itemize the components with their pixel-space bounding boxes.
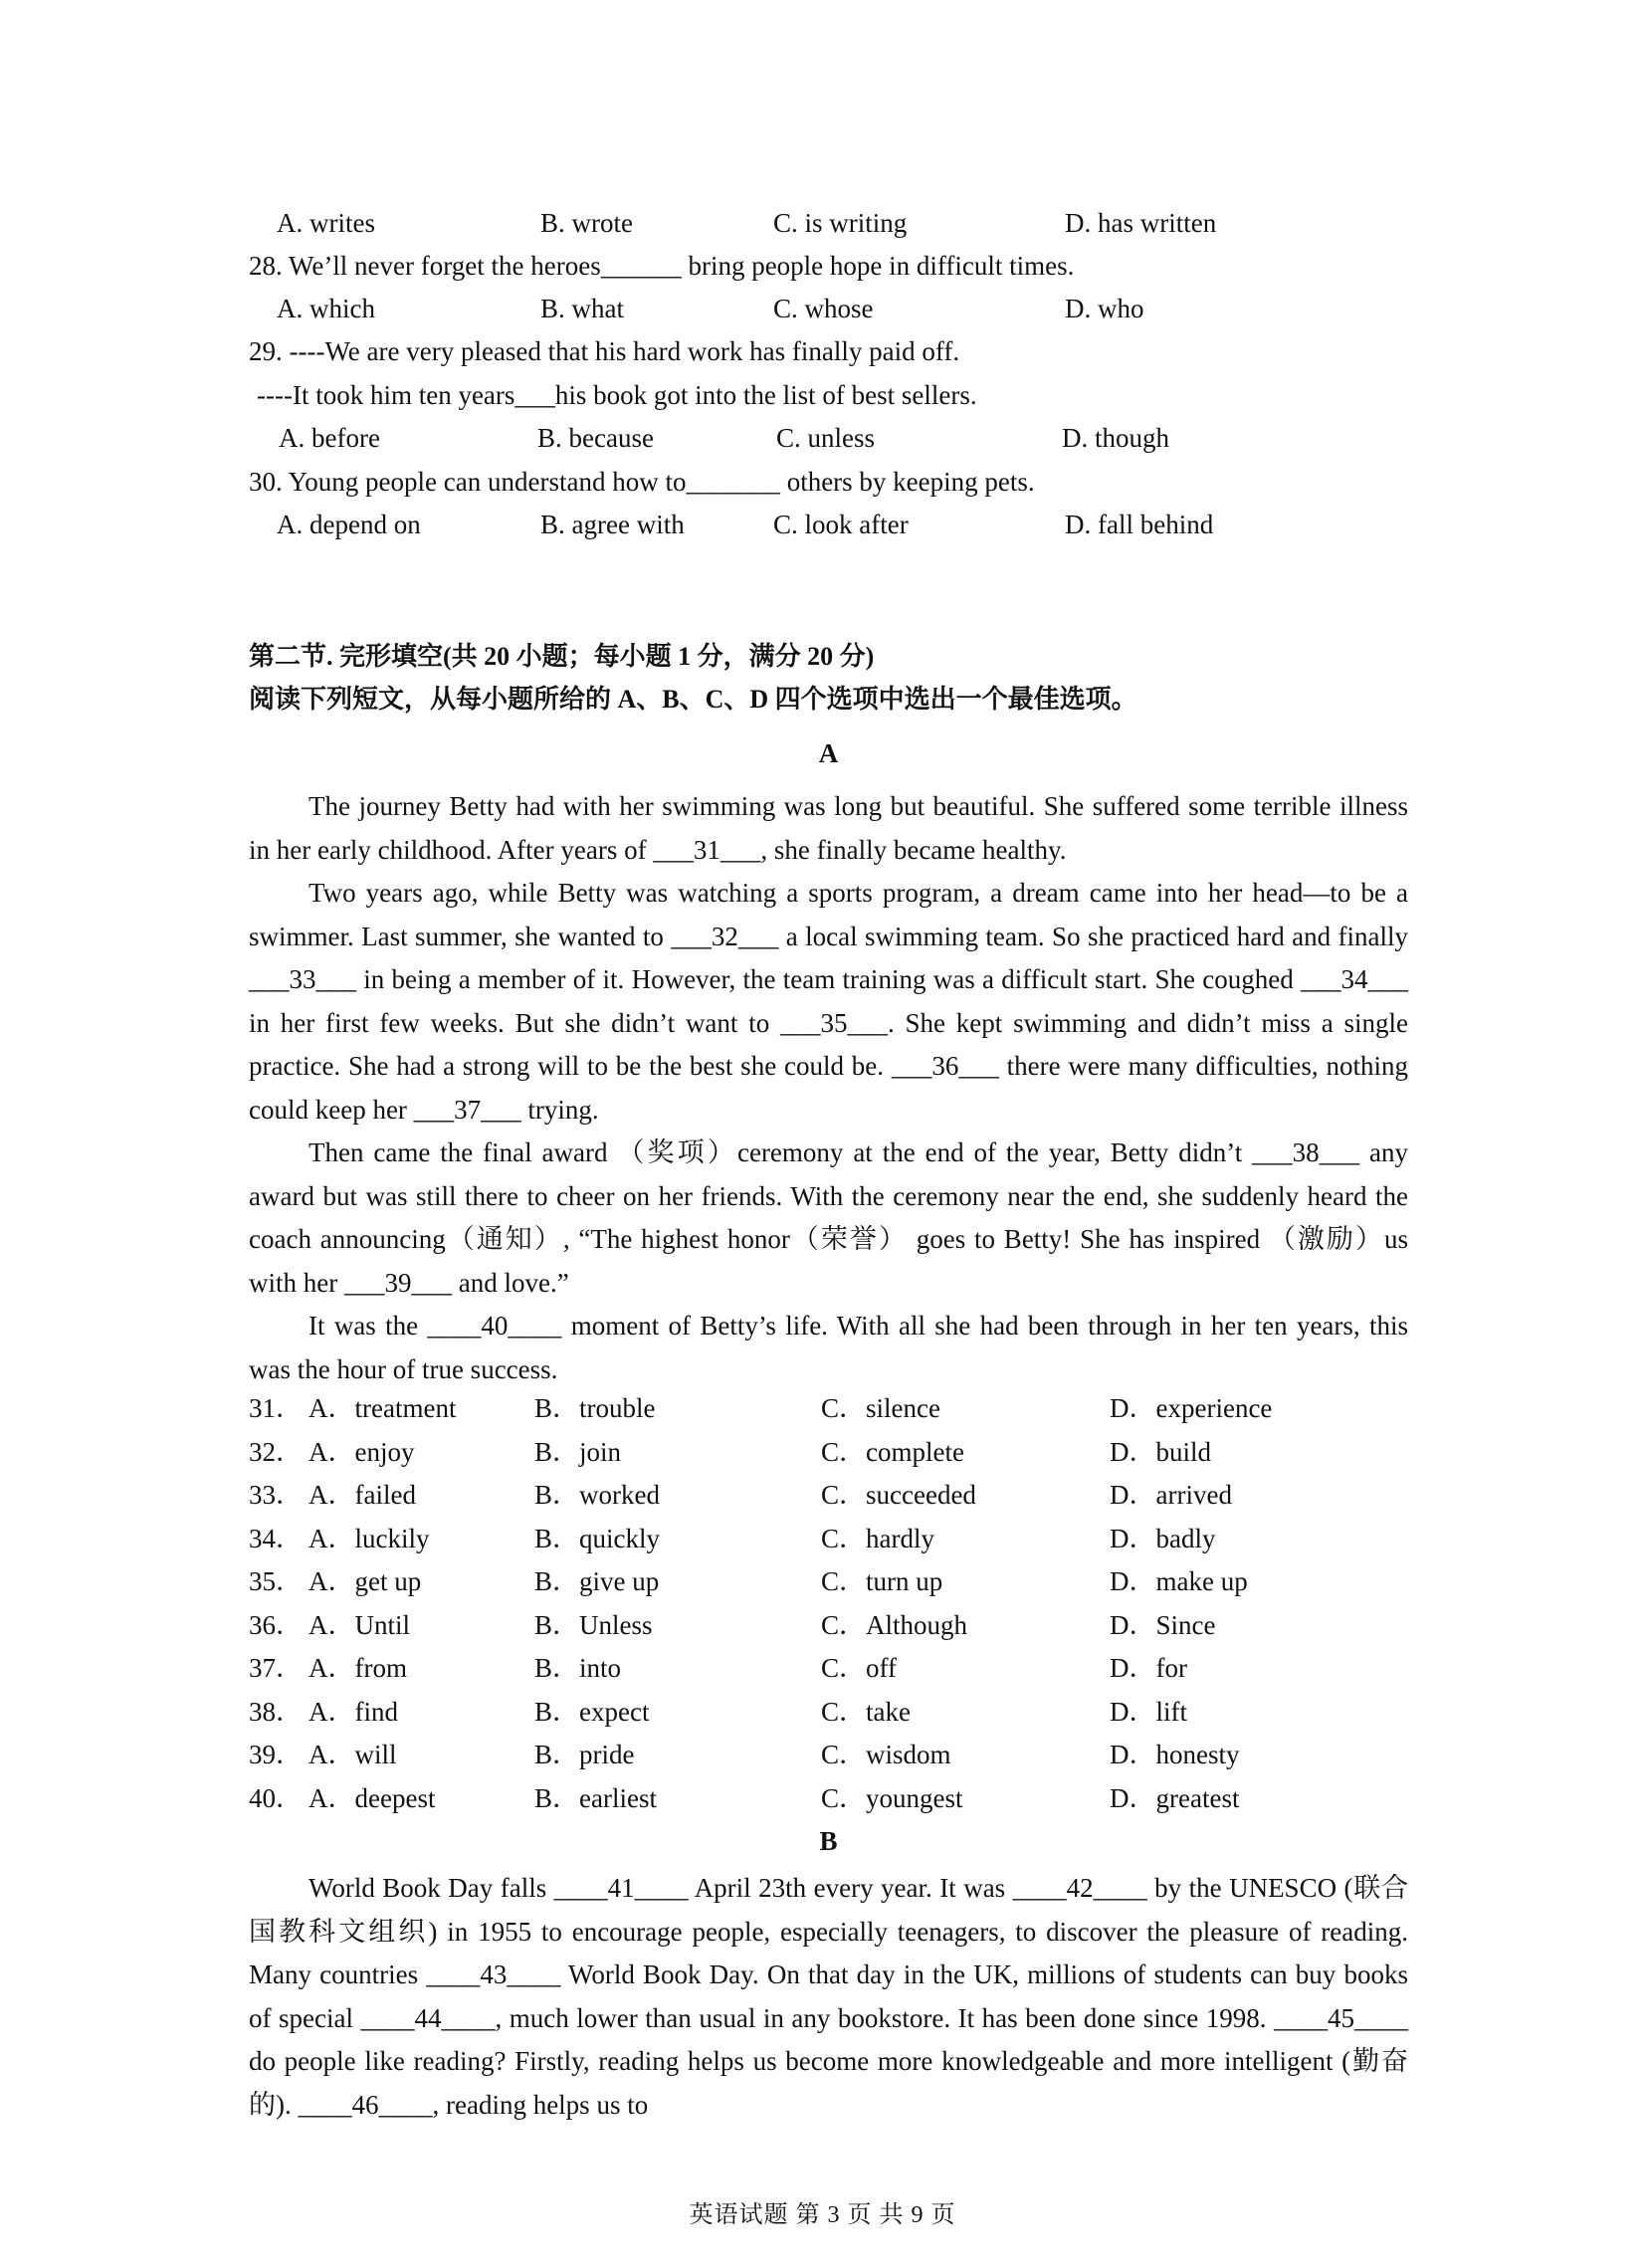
option-c: C．youngest <box>821 1777 963 1821</box>
question-number: 40． <box>249 1777 303 1821</box>
option-c: C．succeeded <box>821 1474 976 1518</box>
question-row-38: 38． A．find B．expect C．take D．lift <box>249 1691 1413 1735</box>
question-row-40: 40． A．deepest B．earliest C．youngest D．gr… <box>249 1777 1413 1821</box>
q29-option-b: B. because <box>537 421 654 455</box>
option-c: C．silence <box>821 1387 940 1431</box>
option-b: B．give up <box>534 1560 659 1604</box>
question-number: 37． <box>249 1647 303 1691</box>
option-d: D．make up <box>1110 1560 1248 1604</box>
q27-option-b: B. wrote <box>540 206 633 240</box>
option-a: A．find <box>308 1691 398 1735</box>
option-a: A．get up <box>308 1560 421 1604</box>
option-b: B．trouble <box>534 1387 656 1431</box>
option-d: D．experience <box>1110 1387 1272 1431</box>
question-row-37: 37． A．from B．into C．off D．for <box>249 1647 1413 1691</box>
question-row-39: 39． A．will B．pride C．wisdom D．honesty <box>249 1734 1413 1777</box>
question-number: 38． <box>249 1691 303 1735</box>
option-a: A．enjoy <box>308 1431 414 1475</box>
option-d: D．honesty <box>1110 1734 1240 1777</box>
option-a: A．deepest <box>308 1777 435 1821</box>
q27-option-c: C. is writing <box>773 206 907 240</box>
option-c: C．take <box>821 1691 911 1735</box>
q28-option-c: C. whose <box>773 292 874 325</box>
question-row-34: 34． A．luckily B．quickly C．hardly D．badly <box>249 1518 1413 1561</box>
question-number: 31． <box>249 1387 303 1431</box>
option-c: C．hardly <box>821 1518 934 1561</box>
question-number: 32． <box>249 1431 303 1475</box>
option-d: D．build <box>1110 1431 1211 1475</box>
page-footer: 英语试题 第 3 页 共 9 页 <box>0 2194 1645 2229</box>
q29-option-c: C. unless <box>776 421 875 455</box>
passage-a-label: A <box>249 736 1408 770</box>
section2-heading: 第二节. 完形填空(共 20 小题；每小题 1 分，满分 20 分) <box>249 640 874 674</box>
passage-a-questions: 31． A．treatment B．trouble C．silence D．ex… <box>249 1387 1413 1820</box>
q27-options: A. writes B. wrote C. is writing D. has … <box>249 206 1413 240</box>
option-c: C．off <box>821 1647 897 1691</box>
q28-options: A. which B. what C. whose D. who <box>249 292 1413 325</box>
question-row-36: 36． A．Until B．Unless C．Although D．Since <box>249 1604 1413 1648</box>
q27-option-d: D. has written <box>1065 206 1216 240</box>
passage-a-text: The journey Betty had with her swimming … <box>249 785 1408 1391</box>
q29-stem-2: ----It took him ten years___his book got… <box>257 378 977 412</box>
option-c: C．complete <box>821 1431 964 1475</box>
option-c: C．Although <box>821 1604 967 1648</box>
question-number: 39． <box>249 1734 303 1777</box>
question-row-35: 35． A．get up B．give up C．turn up D．make … <box>249 1560 1413 1604</box>
question-number: 34． <box>249 1518 303 1561</box>
q30-options: A. depend on B. agree with C. look after… <box>249 508 1413 541</box>
option-d: D．lift <box>1110 1691 1187 1735</box>
option-a: A．Until <box>308 1604 410 1648</box>
option-d: D．for <box>1110 1647 1187 1691</box>
question-row-31: 31． A．treatment B．trouble C．silence D．ex… <box>249 1387 1413 1431</box>
option-b: B．earliest <box>534 1777 657 1821</box>
q30-option-b: B. agree with <box>540 508 685 541</box>
option-b: B．quickly <box>534 1518 660 1561</box>
passage-b-paragraph-1: World Book Day falls ____41____ April 23… <box>249 1867 1408 2127</box>
section2-instruction: 阅读下列短文，从每小题所给的 A、B、C、D 四个选项中选出一个最佳选项。 <box>249 683 1137 717</box>
q30-stem: 30. Young people can understand how to__… <box>249 465 1035 499</box>
question-number: 33． <box>249 1474 303 1518</box>
option-d: D．greatest <box>1110 1777 1239 1821</box>
question-number: 36． <box>249 1604 303 1648</box>
passage-a-paragraph-1: The journey Betty had with her swimming … <box>249 785 1408 872</box>
q30-option-a: A. depend on <box>277 508 421 541</box>
option-c: C．turn up <box>821 1560 942 1604</box>
option-b: B．pride <box>534 1734 635 1777</box>
option-a: A．treatment <box>308 1387 456 1431</box>
passage-a-paragraph-4: It was the ____40____ moment of Betty’s … <box>249 1305 1408 1391</box>
q28-option-b: B. what <box>540 292 624 325</box>
q30-option-d: D. fall behind <box>1065 508 1213 541</box>
option-d: D．badly <box>1110 1518 1215 1561</box>
q29-stem-1: 29. ----We are very pleased that his har… <box>249 334 959 368</box>
passage-a-paragraph-3: Then came the final award （奖项）ceremony a… <box>249 1132 1408 1305</box>
passage-b-text: World Book Day falls ____41____ April 23… <box>249 1867 1408 2127</box>
option-b: B．expect <box>534 1691 649 1735</box>
passage-b-label: B <box>249 1824 1408 1858</box>
question-number: 35． <box>249 1560 303 1604</box>
q29-option-a: A. before <box>279 421 380 455</box>
option-b: B．into <box>534 1647 621 1691</box>
q28-option-d: D. who <box>1065 292 1144 325</box>
option-b: B．join <box>534 1431 621 1475</box>
option-b: B．worked <box>534 1474 660 1518</box>
option-d: D．arrived <box>1110 1474 1232 1518</box>
option-b: B．Unless <box>534 1604 653 1648</box>
option-a: A．luckily <box>308 1518 430 1561</box>
passage-a-paragraph-2: Two years ago, while Betty was watching … <box>249 872 1408 1132</box>
option-c: C．wisdom <box>821 1734 951 1777</box>
option-a: A．failed <box>308 1474 416 1518</box>
q28-option-a: A. which <box>277 292 375 325</box>
q29-options: A. before B. because C. unless D. though <box>249 421 1413 455</box>
question-row-33: 33． A．failed B．worked C．succeeded D．arri… <box>249 1474 1413 1518</box>
q27-option-a: A. writes <box>277 206 375 240</box>
option-a: A．will <box>308 1734 397 1777</box>
q29-option-d: D. though <box>1062 421 1169 455</box>
option-a: A．from <box>308 1647 407 1691</box>
q30-option-c: C. look after <box>773 508 909 541</box>
q28-stem: 28. We’ll never forget the heroes______ … <box>249 249 1074 283</box>
question-row-32: 32． A．enjoy B．join C．complete D．build <box>249 1431 1413 1475</box>
option-d: D．Since <box>1110 1604 1215 1648</box>
